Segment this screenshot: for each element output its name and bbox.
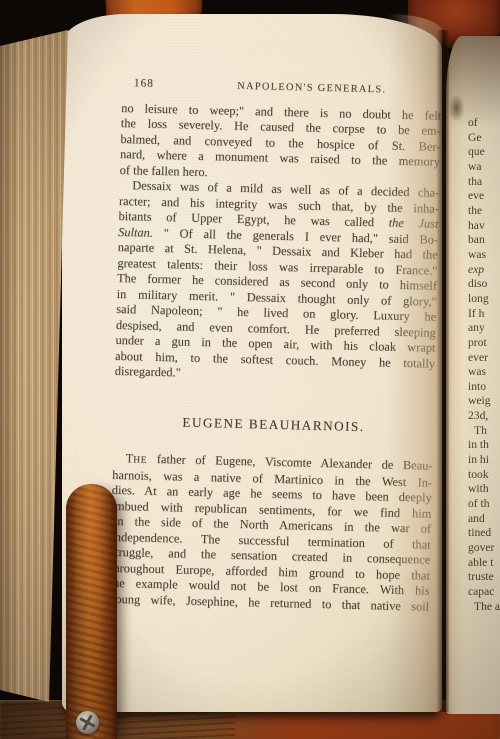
- fragment-line: wa: [468, 160, 500, 175]
- page-number: 168: [122, 76, 196, 93]
- gutter-shadow: [436, 30, 449, 712]
- page-edges: [0, 0, 68, 712]
- fragment-line: gover: [468, 541, 500, 556]
- section-heading: EUGENE BEAUHARNOIS.: [113, 412, 433, 435]
- fragment-line: was: [468, 248, 500, 263]
- photo-backdrop: ofGequewathaevethehavbanwasexpdisolongIf…: [0, 0, 500, 739]
- fragment-line: truste: [468, 570, 500, 585]
- fragment-line: any: [468, 321, 500, 336]
- page-curl-shadow: [388, 14, 442, 712]
- fragment-line: able t: [468, 556, 500, 571]
- screw: [76, 711, 99, 734]
- paragraph: THE father of Eugene, Viscomte Alexander…: [109, 451, 433, 615]
- fragment-line: was: [468, 365, 500, 380]
- fragment-line: weig: [468, 394, 500, 409]
- facing-page-fragments: ofGequewathaevethehavbanwasexpdisolongIf…: [468, 116, 500, 614]
- fragment-line: into: [468, 380, 500, 395]
- fragment-line: in th: [468, 438, 500, 453]
- fragment-line: eve: [468, 189, 500, 204]
- fragment-line: and: [468, 512, 500, 527]
- easel-stick: [66, 484, 117, 739]
- fragment-line: of: [468, 116, 500, 131]
- fragment-line: capac: [468, 585, 500, 600]
- fragment-line: of th: [468, 497, 500, 512]
- fragment-line: The a: [468, 600, 500, 615]
- fragment-line: with: [468, 482, 500, 497]
- fragment-line: Ge: [468, 131, 500, 146]
- text-segment: Sultan.: [118, 224, 153, 239]
- text-segment: HE: [133, 454, 147, 465]
- fragment-line: hav: [468, 219, 500, 234]
- fragment-line: Th: [468, 424, 500, 439]
- fragment-line: que: [468, 145, 500, 160]
- fragment-line: prot: [468, 336, 500, 351]
- fragment-line: the: [468, 204, 500, 219]
- fragment-line: long: [468, 292, 500, 307]
- fragment-line: ever: [468, 351, 500, 366]
- fragment-line: took: [468, 468, 500, 483]
- fragment-line: diso: [468, 277, 500, 292]
- fragment-line: tined: [468, 526, 500, 541]
- fragment-line: exp: [468, 263, 500, 278]
- fragment-line: tha: [468, 175, 500, 190]
- fragment-line: ban: [468, 233, 500, 248]
- book-page: 168 NAPOLEON'S GENERALS. no leisure to w…: [62, 14, 442, 712]
- fragment-line: 23d,: [468, 409, 500, 424]
- fragment-line: in hi: [468, 453, 500, 468]
- facing-page: ofGequewathaevethehavbanwasexpdisolongIf…: [446, 36, 500, 714]
- fragment-line: If h: [468, 307, 500, 322]
